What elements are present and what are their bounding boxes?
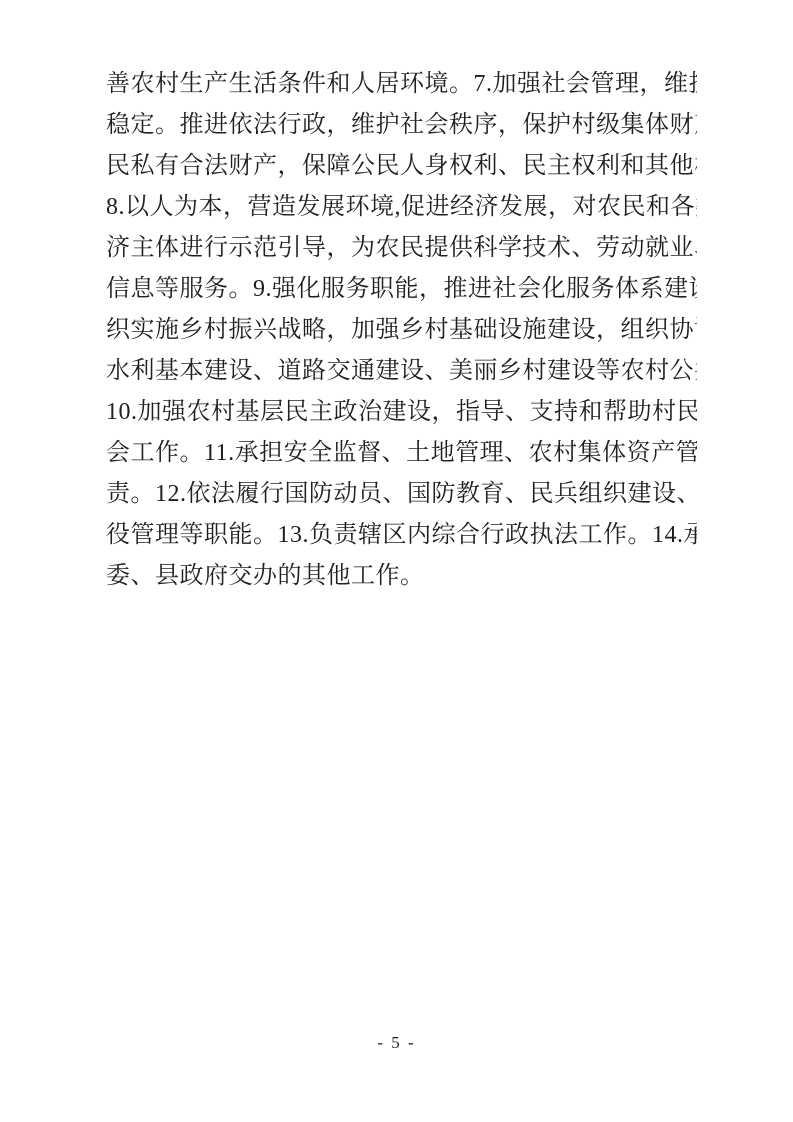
text-line: 8.以人为本，营造发展环境,促进经济发展，对农民和各类经 — [106, 187, 697, 228]
document-page: 善农村生产生活条件和人居环境。7.加强社会管理，维护社会 稳定。推进依法行政，维… — [0, 0, 793, 1122]
text-line: 民私有合法财产，保障公民人身权利、民主权利和其他权利。 — [106, 146, 697, 187]
text-line: 善农村生产生活条件和人居环境。7.加强社会管理，维护社会 — [106, 64, 697, 105]
text-line: 稳定。推进依法行政，维护社会秩序，保护村级集体财产和农 — [106, 105, 697, 146]
text-line: 责。12.依法履行国防动员、国防教育、民兵组织建设、预备 — [106, 474, 697, 515]
text-line: 会工作。11.承担安全监督、土地管理、农村集体资产管理职 — [106, 433, 697, 474]
text-line: 济主体进行示范引导，为农民提供科学技术、劳动就业、市场 — [106, 228, 697, 269]
page-footer: - 5 - — [0, 1032, 793, 1054]
body-text: 善农村生产生活条件和人居环境。7.加强社会管理，维护社会 稳定。推进依法行政，维… — [106, 64, 697, 597]
text-line: 织实施乡村振兴战略，加强乡村基础设施建设，组织协调农田 — [106, 310, 697, 351]
text-line: 信息等服务。9.强化服务职能，推进社会化服务体系建设。组 — [106, 269, 697, 310]
text-line: 委、县政府交办的其他工作。 — [106, 556, 697, 597]
page-number: - 5 - — [377, 1033, 415, 1052]
text-line: 役管理等职能。13.负责辖区内综合行政执法工作。14.承办县 — [106, 515, 697, 556]
text-line: 10.加强农村基层民主政治建设，指导、支持和帮助村民委员 — [106, 392, 697, 433]
text-line: 水利基本建设、道路交通建设、美丽乡村建设等农村公共事务。 — [106, 351, 697, 392]
